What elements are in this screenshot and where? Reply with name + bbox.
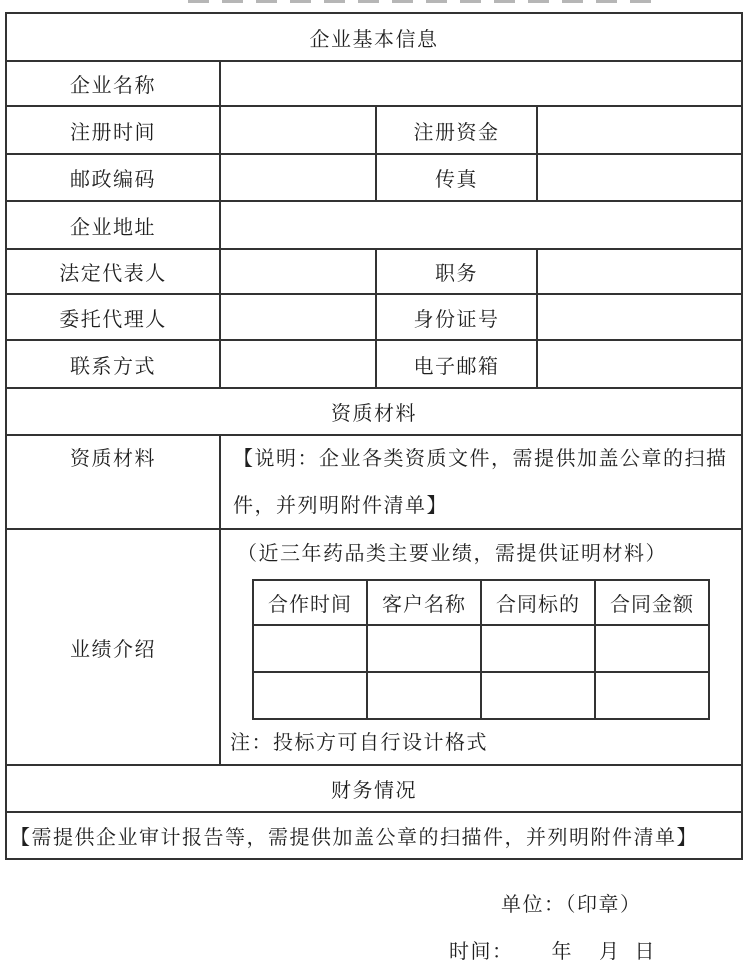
performance-data-row [254, 671, 708, 718]
financial-section-header: 财务情况 [7, 766, 741, 811]
row-financial-note: 【需提供企业审计报告等，需提供加盖公章的扫描件，并列明附件清单】 [7, 811, 741, 858]
fax-label: 传真 [375, 155, 536, 200]
time-label: 时间： [449, 941, 514, 963]
qualification-row-label: 资质材料 [7, 436, 219, 528]
month-label: 月 [599, 941, 621, 963]
company-name-label: 企业名称 [7, 62, 219, 105]
performance-col-customer-name: 客户名称 [366, 581, 480, 624]
contact-input-cell[interactable] [219, 341, 375, 387]
document-page: 企业基本信息 企业名称 注册时间 注册资金 邮政编码 传真 企业地址 法 [0, 0, 750, 976]
performance-content-cell: （近三年药品类主要业绩，需提供证明材料） 合作时间 客户名称 合同标的 合同金额 [219, 530, 741, 764]
performance-footnote: 注：投标方可自行设计格式 [221, 720, 741, 764]
performance-row-label: 业绩介绍 [7, 530, 219, 764]
row-performance: 业绩介绍 （近三年药品类主要业绩，需提供证明材料） 合作时间 客户名称 合同标的… [7, 528, 741, 764]
enterprise-info-table: 企业基本信息 企业名称 注册时间 注册资金 邮政编码 传真 企业地址 法 [5, 12, 743, 860]
postal-code-input-cell[interactable] [219, 155, 375, 200]
table-title: 企业基本信息 [7, 14, 741, 60]
row-registration: 注册时间 注册资金 [7, 105, 741, 153]
position-label: 职务 [375, 250, 536, 293]
email-label: 电子邮箱 [375, 341, 536, 387]
row-postal-fax: 邮政编码 传真 [7, 153, 741, 200]
row-qualification-header: 资质材料 [7, 387, 741, 434]
postal-code-label: 邮政编码 [7, 155, 219, 200]
reg-capital-label: 注册资金 [375, 107, 536, 153]
performance-cell[interactable] [480, 626, 594, 671]
qualification-note-line1: 【说明：企业各类资质文件，需提供加盖公章的扫描 [233, 436, 741, 483]
row-address: 企业地址 [7, 200, 741, 248]
reg-time-label: 注册时间 [7, 107, 219, 153]
performance-cell[interactable] [594, 626, 708, 671]
qualification-note-cell[interactable]: 【说明：企业各类资质文件，需提供加盖公章的扫描 件，并列明附件清单】 [219, 436, 741, 528]
contact-label: 联系方式 [7, 341, 219, 387]
performance-cell[interactable] [366, 673, 480, 718]
financial-note: 【需提供企业审计报告等，需提供加盖公章的扫描件，并列明附件清单】 [7, 813, 741, 858]
legal-rep-input-cell[interactable] [219, 250, 375, 293]
performance-col-contract-subject: 合同标的 [480, 581, 594, 624]
date-line: 时间：年月日 [449, 935, 656, 964]
performance-table: 合作时间 客户名称 合同标的 合同金额 [252, 579, 710, 720]
address-label: 企业地址 [7, 202, 219, 248]
address-input-cell[interactable] [219, 202, 741, 248]
row-financial-header: 财务情况 [7, 764, 741, 811]
row-legal-rep: 法定代表人 职务 [7, 248, 741, 293]
performance-header-row: 合作时间 客户名称 合同标的 合同金额 [254, 581, 708, 624]
agent-label: 委托代理人 [7, 295, 219, 339]
qualification-section-header: 资质材料 [7, 389, 741, 434]
row-contact: 联系方式 电子邮箱 [7, 339, 741, 387]
reg-capital-input-cell[interactable] [536, 107, 741, 153]
performance-data-row [254, 624, 708, 671]
agent-input-cell[interactable] [219, 295, 375, 339]
day-label: 日 [635, 941, 657, 963]
id-number-input-cell[interactable] [536, 295, 741, 339]
reg-time-input-cell[interactable] [219, 107, 375, 153]
row-table-title: 企业基本信息 [7, 14, 741, 60]
id-number-label: 身份证号 [375, 295, 536, 339]
performance-cell[interactable] [366, 626, 480, 671]
cropped-text-remnant [188, 0, 660, 3]
position-input-cell[interactable] [536, 250, 741, 293]
performance-col-cooperation-time: 合作时间 [254, 581, 366, 624]
performance-cell[interactable] [480, 673, 594, 718]
performance-cell[interactable] [594, 673, 708, 718]
row-agent: 委托代理人 身份证号 [7, 293, 741, 339]
qualification-note-line2: 件，并列明附件清单】 [233, 483, 741, 528]
unit-seal-line: 单位：（印章） [501, 888, 642, 917]
year-label: 年 [552, 941, 574, 963]
email-input-cell[interactable] [536, 341, 741, 387]
performance-col-contract-amount: 合同金额 [594, 581, 708, 624]
company-name-input-cell[interactable] [219, 62, 741, 105]
performance-cell[interactable] [254, 673, 366, 718]
qualification-row-label-text: 资质材料 [70, 436, 156, 483]
row-company-name: 企业名称 [7, 60, 741, 105]
legal-rep-label: 法定代表人 [7, 250, 219, 293]
performance-cell[interactable] [254, 626, 366, 671]
row-qualification-note: 资质材料 【说明：企业各类资质文件，需提供加盖公章的扫描 件，并列明附件清单】 [7, 434, 741, 528]
performance-note: （近三年药品类主要业绩，需提供证明材料） [221, 530, 741, 579]
fax-input-cell[interactable] [536, 155, 741, 200]
